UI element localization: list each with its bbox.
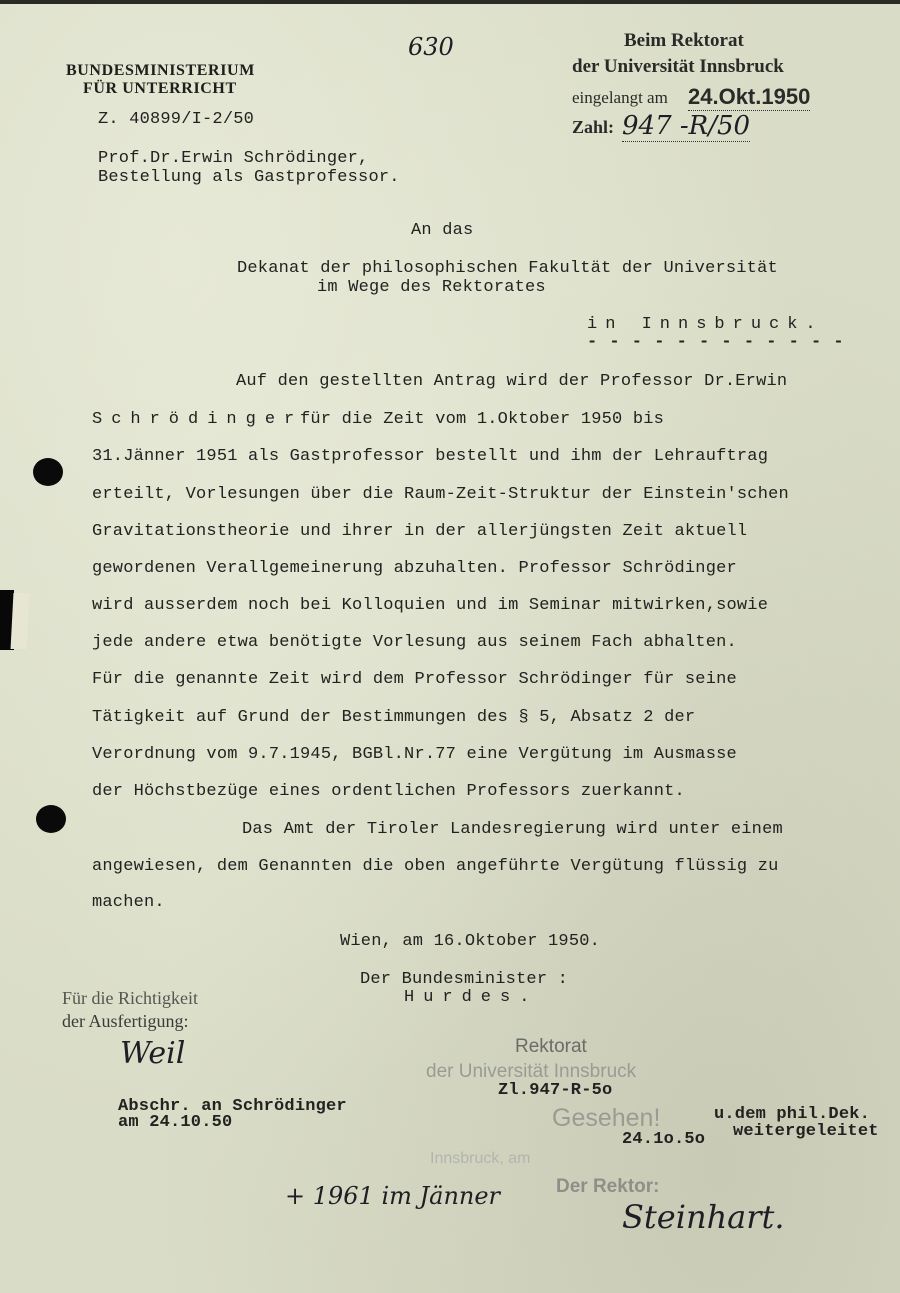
- body-line: machen.: [92, 893, 165, 912]
- punch-hole-upper: [33, 458, 63, 486]
- addressee-dashes: - - - - - - - - - - - -: [587, 333, 845, 352]
- body-line: Tätigkeit auf Grund der Bestimmungen des…: [92, 708, 695, 727]
- body-line: erteilt, Vorlesungen über die Raum-Zeit-…: [92, 485, 789, 504]
- rectorate-stamp-line-1: Rektorat: [515, 1036, 587, 1058]
- body-line: 31.Jänner 1951 als Gastprofessor bestell…: [92, 447, 768, 466]
- addressee-line-2: im Wege des Rektorates: [317, 278, 546, 297]
- letterhead-ministry: BUNDESMINISTERIUM: [66, 62, 255, 80]
- rectorate-stamp-line-2: der Universität Innsbruck: [426, 1061, 636, 1083]
- letterhead-department: FÜR UNTERRICHT: [83, 80, 237, 98]
- body-line: jede andere etwa benötigte Vorlesung aus…: [92, 633, 737, 652]
- body-line: der Höchstbezüge eines ordentlichen Prof…: [92, 782, 685, 801]
- body-line: Das Amt der Tiroler Landesregierung wird…: [242, 820, 783, 839]
- signatory-name: Hurdes.: [404, 988, 538, 1007]
- body-line: wird ausserdem noch bei Kolloquien und i…: [92, 596, 768, 615]
- place-line: Innsbruck, am: [430, 1150, 530, 1168]
- rector-label: Der Rektor:: [556, 1176, 659, 1198]
- punch-hole-lower: [36, 805, 66, 833]
- subject-line-2: Bestellung als Gastprofessor.: [98, 168, 400, 187]
- name-spaced: Schrödinger: [92, 410, 303, 429]
- certification-line-2: der Ausfertigung:: [62, 1011, 188, 1032]
- place-date: Wien, am 16.Oktober 1950.: [340, 932, 600, 951]
- body-line: gewordenen Verallgemeinerung abzuhalten.…: [92, 559, 737, 578]
- body-line: Gravitationstheorie und ihrer in der all…: [92, 522, 747, 541]
- receipt-received-label: eingelangt am: [572, 88, 668, 108]
- addressee-city: in Innsbruck.: [587, 315, 824, 334]
- body-line: Für die genannte Zeit wird dem Professor…: [92, 670, 737, 689]
- body-line: Verordnung vom 9.7.1945, BGBl.Nr.77 eine…: [92, 745, 737, 764]
- rectorate-number: Zl.947-R-5o: [498, 1081, 612, 1100]
- receipt-stamp-line-1: Beim Rektorat: [624, 30, 744, 52]
- signatory-title: Der Bundesminister :: [360, 970, 568, 989]
- body-line: Auf den gestellten Antrag wird der Profe…: [236, 372, 787, 391]
- receipt-stamp-line-2: der Universität Innsbruck: [572, 56, 784, 78]
- torn-paper-edge: [11, 593, 30, 649]
- body-line: angewiesen, dem Genannten die oben angef…: [92, 857, 779, 876]
- body-line: für die Zeit vom 1.Oktober 1950 bis: [300, 410, 664, 429]
- certification-signature: Weil: [120, 1036, 185, 1071]
- page-top-edge: [0, 0, 900, 4]
- receipt-number-value: 947 -R/50: [622, 111, 750, 142]
- subject-line-1: Prof.Dr.Erwin Schrödinger,: [98, 149, 368, 168]
- copy-note-line-2: am 24.10.50: [118, 1113, 232, 1132]
- rector-signature: Steinhart.: [622, 1198, 785, 1236]
- seen-stamp: Gesehen!: [552, 1104, 660, 1133]
- forward-note-line-2: weitergeleitet: [733, 1122, 879, 1141]
- handwritten-note: + 1961 im Jänner: [285, 1182, 500, 1210]
- body-line: Schrödinger: [92, 410, 303, 429]
- reference-number: Z. 40899/I-2/50: [98, 110, 254, 129]
- rectorate-date: 24.1o.5o: [622, 1130, 705, 1149]
- addressee-line-1: Dekanat der philosophischen Fakultät der…: [237, 259, 778, 278]
- addressee-salutation: An das: [411, 221, 473, 240]
- receipt-number-label: Zahl:: [572, 117, 614, 138]
- receipt-received-date: 24.Okt.1950: [688, 84, 810, 111]
- handwritten-page-number: 630: [408, 33, 454, 61]
- certification-line-1: Für die Richtigkeit: [62, 988, 198, 1009]
